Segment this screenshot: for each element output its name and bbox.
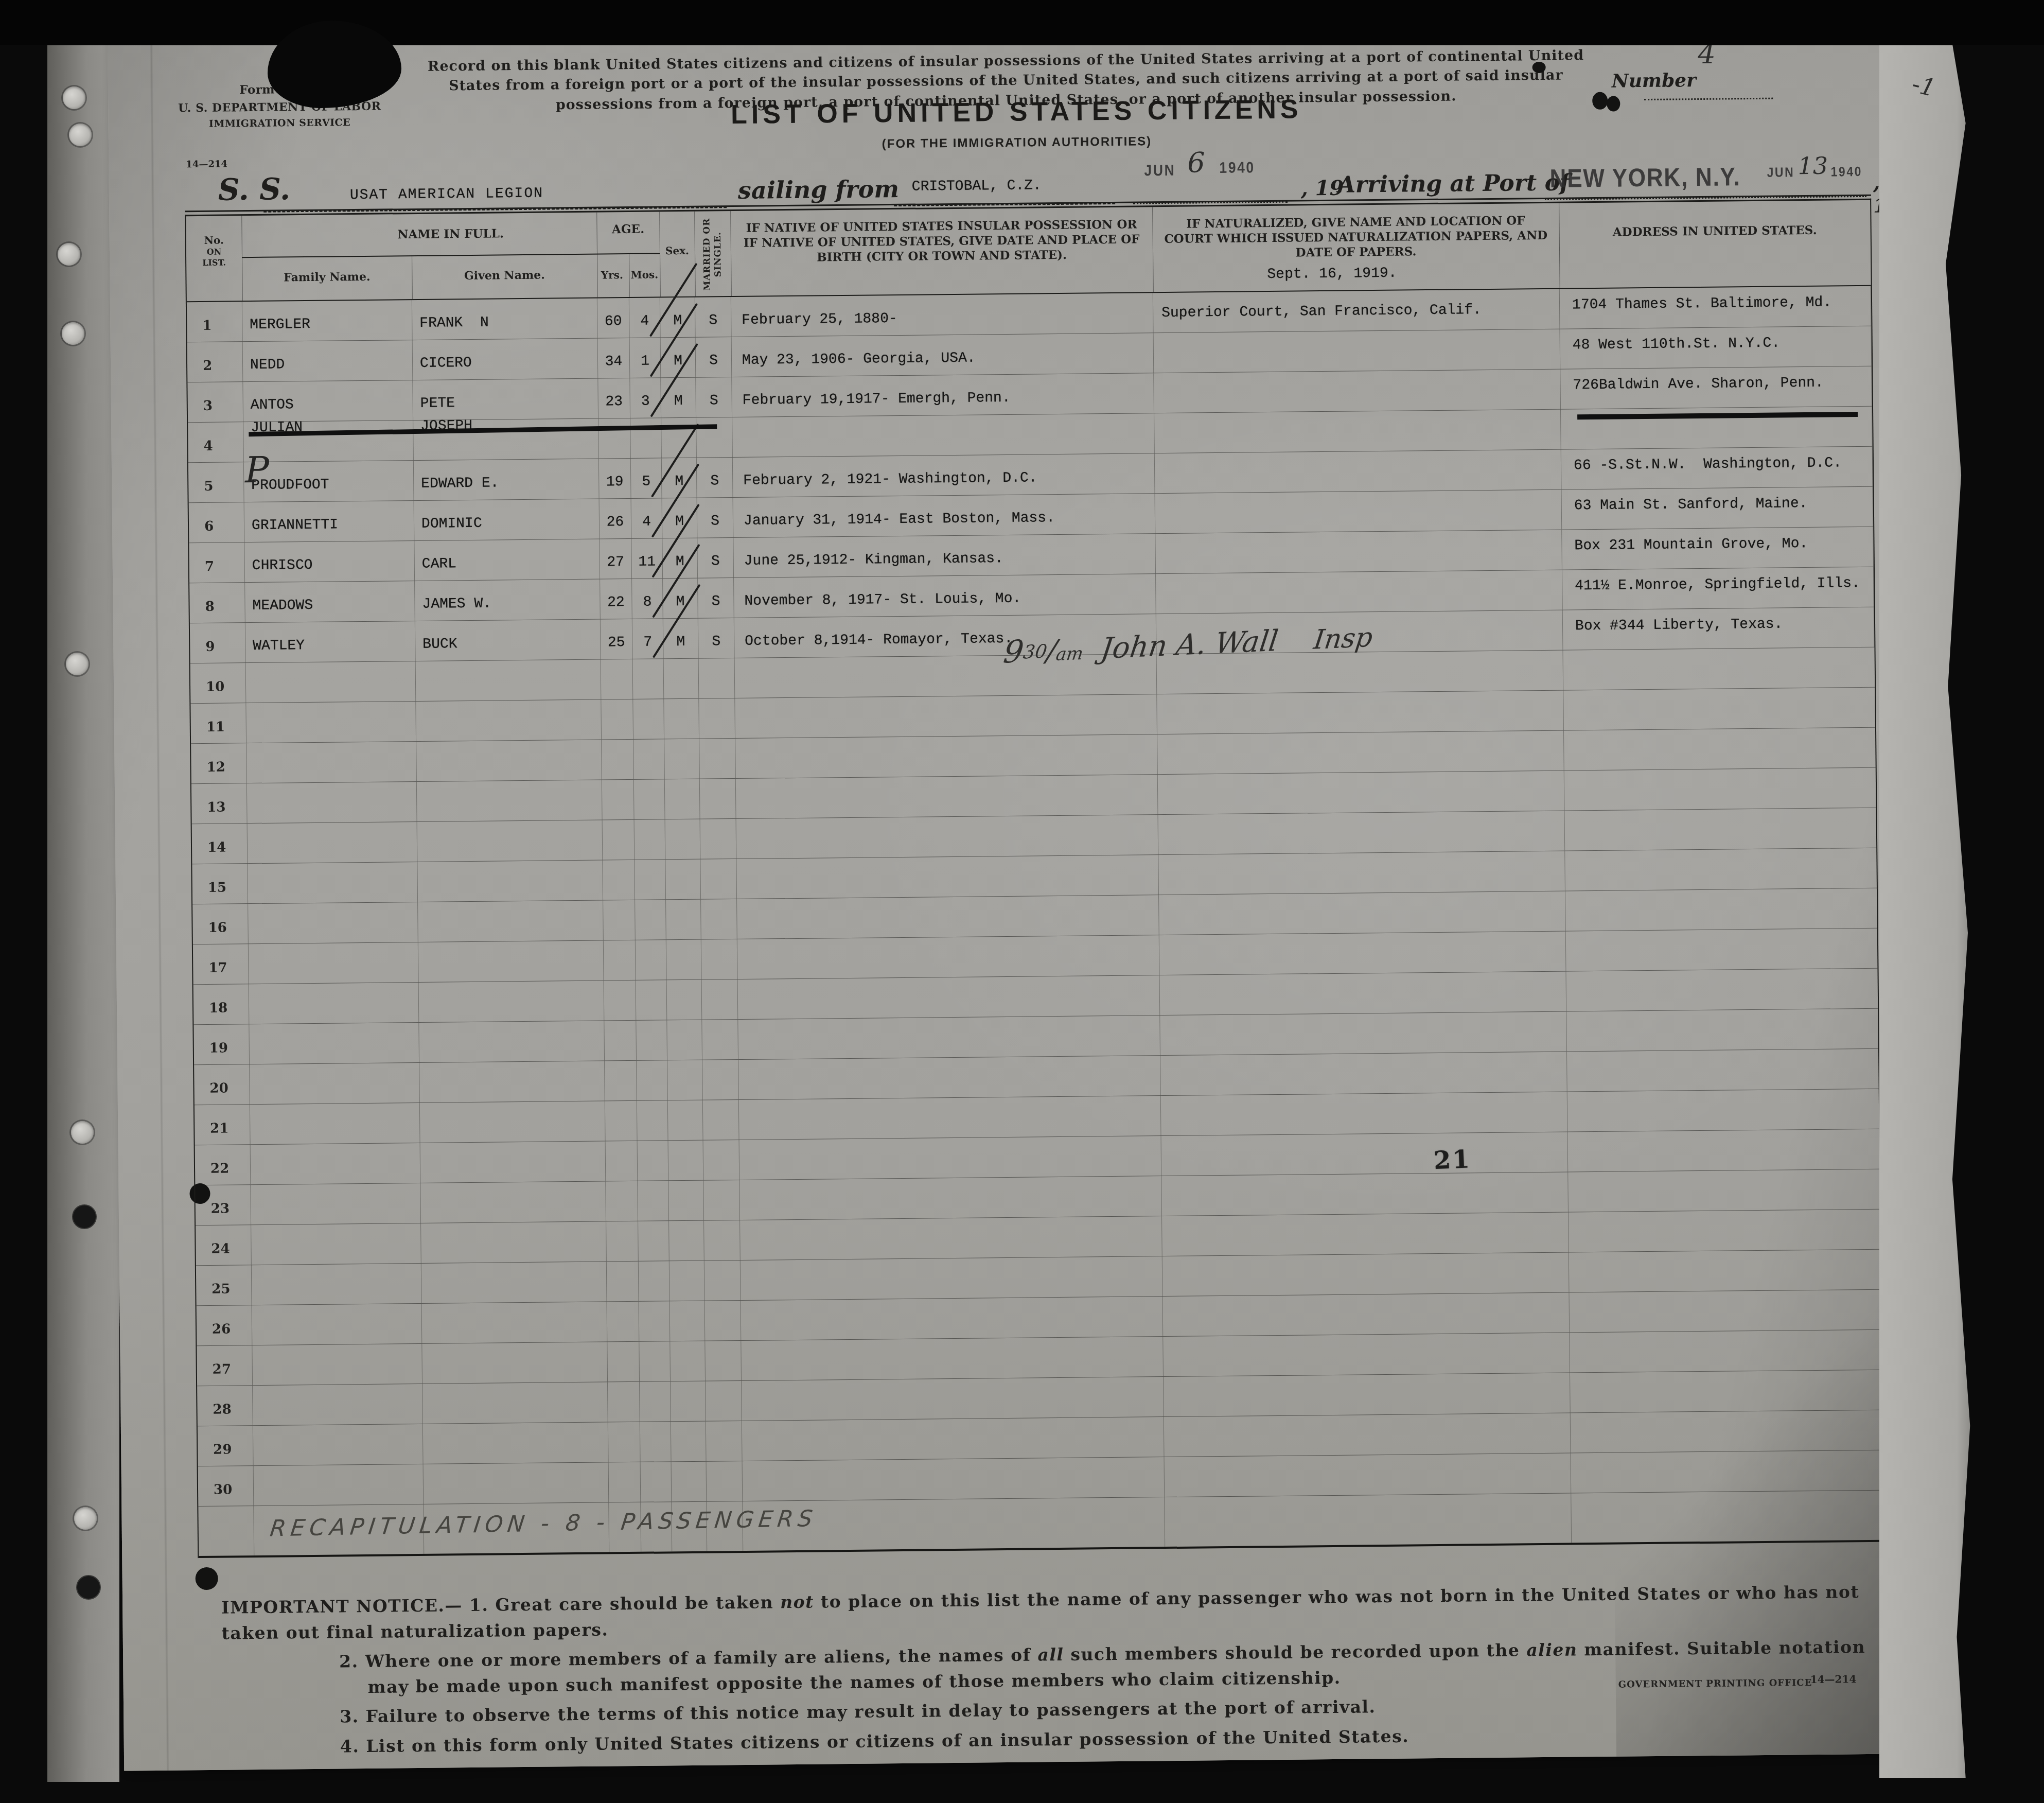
- cell-birth: [737, 895, 1159, 939]
- cell-given: [419, 1021, 605, 1062]
- table-header: No. ON LIST. NAME IN FULL. Family Name. …: [186, 200, 1871, 302]
- cell-ms: [701, 939, 738, 979]
- cell-no: 21: [195, 1105, 251, 1145]
- cell-ms: S: [696, 377, 732, 417]
- naturalization-date-note: Sept. 16, 1919.: [1267, 266, 1397, 283]
- cell-given: [417, 780, 603, 821]
- punch-hole: [66, 653, 89, 675]
- cell-yrs: 34: [598, 338, 630, 378]
- cell-address: 411½ E.Monroe, Springfield, Ills.: [1562, 567, 1874, 610]
- cell-given: [424, 1462, 609, 1503]
- cell-address: [1571, 1410, 1882, 1453]
- cell-address: [1564, 768, 1876, 811]
- cell-ms: S: [697, 458, 733, 498]
- col-header-yrs: Yrs.: [594, 269, 630, 282]
- cell-yrs: 23: [598, 378, 630, 418]
- ink-blot: [1532, 62, 1546, 73]
- cell-birth: [737, 935, 1160, 979]
- cell-yrs: [603, 900, 636, 940]
- cell-given: [420, 1141, 606, 1182]
- cell-birth: [740, 1216, 1162, 1260]
- cell-mos: 4: [629, 297, 661, 338]
- cell-birth: [742, 1377, 1164, 1421]
- notice-item-2: 2. Where one or more members of a family…: [339, 1634, 1891, 1700]
- cell-no: 10: [190, 663, 246, 703]
- cell-mos: [636, 940, 667, 980]
- cell-court: [1160, 1012, 1567, 1056]
- cell-sex: [671, 1422, 707, 1462]
- cell-ms: [699, 698, 735, 739]
- cell-court: [1157, 691, 1564, 734]
- cell-no: 26: [197, 1305, 253, 1345]
- cell-given: CICERO: [413, 339, 598, 380]
- cell-birth: [739, 1136, 1162, 1180]
- cell-address: 48 West 110th.St. N.Y.C.: [1560, 326, 1872, 369]
- number-fill-line: [1644, 98, 1773, 100]
- cell-mos: [638, 1221, 669, 1261]
- cell-yrs: [602, 740, 634, 780]
- cell-family: [250, 1063, 420, 1104]
- cell-family: [251, 1223, 421, 1265]
- cell-mos: 4: [631, 498, 663, 538]
- cell-given: JAMES W.: [415, 580, 601, 621]
- cell-birth: May 23, 1906- Georgia, USA.: [732, 333, 1154, 377]
- cell-court: [1160, 972, 1567, 1016]
- cell-ms: [702, 1020, 738, 1060]
- cell-no: 14: [192, 824, 248, 864]
- cell-given: [421, 1221, 607, 1263]
- arrival-port-stamp: NEW YORK, N.Y.: [1549, 162, 1741, 194]
- cell-family: [253, 1424, 424, 1465]
- service-name: IMMIGRATION SERVICE: [169, 115, 390, 132]
- cell-sex: [668, 1141, 704, 1181]
- cell-address: [1565, 848, 1877, 891]
- cell-address: [1569, 1210, 1880, 1252]
- cell-mos: [636, 1020, 667, 1060]
- manifest-page: Form 630 B U. S. DEPARTMENT OF LABOR IMM…: [108, 18, 1905, 1771]
- cell-yrs: 25: [601, 619, 633, 659]
- cell-sex: M: [663, 619, 699, 659]
- cell-family: [248, 822, 418, 863]
- cell-yrs: 60: [597, 298, 630, 338]
- cell-mos: 3: [630, 378, 661, 418]
- cell-mos: 1: [630, 338, 661, 378]
- col-header-age: AGE.: [596, 222, 659, 237]
- cell-sex: [666, 940, 702, 980]
- cell-sex: [670, 1341, 706, 1381]
- cell-given: EDWARD E.: [414, 459, 600, 500]
- cell-sex: [666, 900, 701, 940]
- cell-address: [1567, 1089, 1879, 1132]
- cell-mos: [641, 1462, 672, 1502]
- cell-yrs: [605, 1101, 638, 1141]
- handwritten-letter-correction: P: [245, 449, 270, 491]
- sailing-date-stamp-year: 1940: [1219, 159, 1255, 177]
- important-notice: IMPORTANT NOTICE.— 1. Great care should …: [221, 1579, 1916, 1760]
- cell-family: [246, 702, 416, 743]
- cell-address: 726Baldwin Ave. Sharon, Penn.: [1560, 366, 1872, 409]
- cell-birth: [741, 1337, 1164, 1380]
- cell-court: [1161, 1172, 1569, 1216]
- cell-court: [1165, 1454, 1572, 1497]
- cell-no: 22: [195, 1145, 251, 1185]
- cell-sex: [671, 1381, 706, 1422]
- cell-mos: [639, 1341, 671, 1381]
- cell-family: WATLEY: [245, 621, 416, 662]
- cell-ms: [707, 1461, 743, 1501]
- cell-address: [1568, 1169, 1880, 1212]
- cell-mos: [638, 1141, 669, 1181]
- ship-name: USAT AMERICAN LEGION: [350, 186, 543, 204]
- cell-given: [417, 820, 603, 862]
- cell-sex: M: [661, 378, 696, 418]
- cell-yrs: [606, 1221, 639, 1262]
- cell-court: [1155, 530, 1562, 574]
- cell-court: [1161, 1092, 1568, 1136]
- arrival-date-stamp-year: 1940: [1830, 164, 1862, 180]
- cell-yrs: [598, 418, 631, 459]
- cell-yrs: [604, 981, 637, 1021]
- cell-sex: [667, 1020, 702, 1060]
- cell-family: NEDD: [243, 340, 413, 381]
- cell-family: [248, 902, 418, 943]
- cell-no: 30: [198, 1466, 254, 1506]
- sailing-date-stamp-month: JUN: [1144, 162, 1175, 180]
- punch-hole: [58, 243, 80, 266]
- punch-hole: [63, 86, 85, 109]
- cell-family: [249, 1023, 419, 1064]
- cell-yrs: [609, 1462, 641, 1502]
- cell-address: 66 -S.St.N.W. Washington, D.C.: [1561, 447, 1873, 489]
- cell-given: [422, 1382, 608, 1423]
- cell-sex: [668, 1181, 704, 1221]
- cell-address: [1565, 888, 1877, 931]
- cell-family: [253, 1384, 423, 1425]
- cell-family: [249, 983, 419, 1024]
- cell-mos: [639, 1301, 671, 1341]
- cell-sex: [664, 659, 699, 699]
- cell-yrs: 27: [600, 539, 632, 579]
- cell-mos: [636, 980, 667, 1020]
- cell-no: 8: [189, 583, 245, 623]
- cell-family: [254, 1464, 424, 1506]
- cell-given: [419, 1061, 605, 1102]
- cell-yrs: [608, 1422, 641, 1462]
- footer-form-code: 14—214: [1810, 1673, 1857, 1686]
- page-number-stamp: 21: [1433, 1145, 1472, 1175]
- cell-court: [1158, 811, 1565, 855]
- cell-birth: [738, 1056, 1161, 1099]
- cell-yrs: [607, 1302, 640, 1342]
- cell-address: [1569, 1290, 1881, 1333]
- cell-address: [1566, 1009, 1878, 1052]
- cell-given: [416, 700, 602, 741]
- cell-yrs: 26: [600, 499, 632, 539]
- cell-birth: [739, 1096, 1161, 1140]
- cell-ms: [705, 1301, 742, 1341]
- cell-ms: [704, 1261, 741, 1301]
- cell-no: 5: [188, 462, 244, 502]
- cell-mos: [633, 699, 664, 739]
- cell-family: PROUDFOOTP: [244, 461, 414, 502]
- cell-yrs: [607, 1342, 640, 1382]
- cell-no: 6: [189, 502, 245, 542]
- cell-mos: 5: [631, 458, 662, 498]
- cell-court: Superior Court, San Francisco, Calif.: [1153, 289, 1560, 333]
- cell-sex: [672, 1462, 707, 1502]
- cell-given: [418, 941, 604, 982]
- cell-no: 28: [197, 1386, 253, 1426]
- paper-fold: [150, 35, 169, 1771]
- cell-court: [1158, 851, 1565, 895]
- cell-mos: [635, 860, 666, 900]
- cell-given: [420, 1181, 606, 1222]
- cell-family: [251, 1183, 421, 1224]
- cell-mos: [634, 779, 665, 819]
- cell-ms: [704, 1220, 741, 1261]
- cell-address: [1571, 1450, 1882, 1493]
- cell-no: 4: [188, 422, 244, 462]
- cell-ms: S: [695, 297, 732, 337]
- cell-given: [418, 901, 604, 942]
- cell-mos: [635, 819, 666, 860]
- arrival-date-stamp-month: JUN: [1767, 164, 1794, 181]
- ink-blot: [1592, 92, 1608, 110]
- cell-sex: [665, 819, 701, 860]
- cell-given: JOSEPH: [413, 419, 599, 460]
- cell-mos: [633, 739, 665, 779]
- cell-birth: [738, 975, 1160, 1019]
- notice-item-1: Great care should be taken not to place …: [222, 1582, 1860, 1643]
- cell-court: [1163, 1333, 1570, 1377]
- cell-no: 11: [190, 703, 246, 743]
- cell-address: [1563, 647, 1875, 690]
- cell-no: 16: [192, 904, 249, 944]
- cell-mos: 8: [632, 579, 663, 619]
- cell-given: [422, 1342, 608, 1383]
- cell-family: CHRISCO: [244, 541, 415, 582]
- cell-sex: [669, 1261, 705, 1301]
- inspector-title: Insp: [1312, 622, 1375, 655]
- cell-ms: S: [698, 618, 735, 658]
- arrival-day-handwritten: 13: [1798, 152, 1828, 180]
- cell-ms: S: [698, 578, 734, 618]
- page-subtitle: (FOR THE IMMIGRATION AUTHORITIES): [837, 134, 1197, 152]
- cell-address: [1566, 969, 1878, 1011]
- cell-court: [1161, 1132, 1569, 1176]
- cell-mos: [637, 1100, 668, 1141]
- cell-sex: [670, 1301, 706, 1341]
- cell-ms: [703, 1140, 740, 1180]
- cell-given: [419, 981, 605, 1022]
- cell-given: [421, 1262, 607, 1303]
- column-line: [1152, 207, 1154, 292]
- cell-ms: [699, 739, 736, 779]
- col-header-no: No. ON LIST.: [186, 233, 242, 269]
- cell-family: [252, 1264, 422, 1305]
- cell-sex: [667, 1060, 703, 1100]
- cell-no: 20: [194, 1064, 250, 1105]
- cell-mos: 11: [631, 538, 663, 579]
- cell-no: 29: [198, 1426, 254, 1466]
- cell-family: MERGLER: [242, 300, 413, 341]
- cell-birth: February 2, 1921- Washington, D.C.: [733, 453, 1155, 497]
- cell-no: 9: [190, 623, 246, 663]
- cell-court: [1154, 370, 1561, 413]
- cell-birth: [736, 775, 1158, 818]
- cell-court: [1155, 490, 1562, 534]
- table-body: 1MERGLERFRANK N604MSFebruary 25, 1880-Su…: [187, 286, 1882, 1507]
- cell-birth: June 25,1912- Kingman, Kansas.: [733, 534, 1156, 577]
- punch-hole: [73, 1205, 96, 1228]
- cell-family: [248, 862, 418, 903]
- cell-mos: 7: [632, 619, 664, 659]
- notice-label: IMPORTANT NOTICE.—: [221, 1595, 463, 1617]
- cell-family: ANTOS: [243, 380, 413, 422]
- cell-court: [1156, 570, 1563, 614]
- cell-court: [1154, 329, 1561, 373]
- cell-given: [416, 740, 602, 781]
- cell-birth: [742, 1417, 1165, 1461]
- cell-sex: [665, 860, 701, 900]
- col-header-married-single: MARRIED OR SINGLE.: [701, 214, 724, 294]
- cell-ms: [700, 779, 736, 819]
- cell-no: 2: [187, 342, 243, 382]
- page-title: LIST OF UNITED STATES CITIZENS: [728, 94, 1305, 130]
- cell-mos: [640, 1422, 672, 1462]
- cell-ms: S: [696, 337, 732, 377]
- cell-yrs: [607, 1262, 639, 1302]
- cell-birth: [735, 734, 1158, 778]
- number-label: Number: [1612, 69, 1697, 92]
- cell-yrs: [604, 940, 636, 981]
- cell-no: 3: [187, 382, 243, 422]
- cell-ms: [700, 819, 737, 859]
- cell-birth: [739, 1176, 1162, 1220]
- sailing-from-label: sailing from: [738, 175, 900, 204]
- punch-hole: [69, 124, 92, 146]
- cell-birth: [741, 1297, 1164, 1340]
- cell-yrs: 19: [599, 459, 631, 499]
- cell-birth: [736, 855, 1159, 899]
- cell-birth: [732, 413, 1155, 457]
- cell-no: 15: [192, 864, 248, 904]
- cell-ms: S: [697, 498, 734, 538]
- cell-address: [1564, 728, 1876, 771]
- scanned-manifest-page: Form 630 B U. S. DEPARTMENT OF LABOR IMM…: [0, 0, 2044, 1803]
- cell-ms: [702, 1060, 739, 1100]
- cell-given: DOMINIC: [414, 499, 600, 540]
- cell-yrs: [606, 1181, 638, 1221]
- cell-court: [1154, 410, 1561, 453]
- cell-address: [1570, 1330, 1881, 1373]
- cell-court: [1162, 1253, 1570, 1297]
- cell-family: [252, 1304, 422, 1345]
- cell-given: [420, 1101, 606, 1142]
- cell-ms: [706, 1421, 743, 1461]
- cell-ms: [696, 417, 733, 458]
- cell-birth: [735, 694, 1157, 738]
- cell-address: Box 231 Mountain Grove, Mo.: [1562, 527, 1874, 570]
- cell-address: Box #344 Liberty, Texas.: [1563, 607, 1875, 650]
- cell-ms: [700, 859, 737, 899]
- col-header-birth: IF NATIVE OF UNITED STATES INSULAR POSSE…: [741, 217, 1142, 266]
- col-header-family: Family Name.: [242, 270, 412, 286]
- cell-family: [250, 1103, 420, 1144]
- punch-hole: [71, 1121, 94, 1144]
- cell-sex: [667, 980, 702, 1020]
- cell-no: 24: [196, 1225, 252, 1265]
- cell-mos: [635, 900, 666, 940]
- cell-family: MEADOWS: [245, 581, 415, 622]
- arriving-label: Arriving at Port of: [1338, 169, 1570, 198]
- cell-address: 1704 Thames St. Baltimore, Md.: [1560, 286, 1872, 329]
- cell-court: [1158, 771, 1565, 815]
- punch-hole: [62, 322, 84, 345]
- cell-address: [1570, 1370, 1882, 1413]
- ss-label: S. S.: [218, 171, 290, 207]
- cell-court: [1155, 450, 1562, 494]
- cell-given: [417, 861, 603, 902]
- cell-yrs: [605, 1061, 637, 1101]
- passenger-table: No. ON LIST. NAME IN FULL. Family Name. …: [185, 199, 1884, 1558]
- cell-address: [1563, 688, 1875, 730]
- column-line: [1559, 203, 1560, 288]
- cell-mos: [630, 418, 662, 458]
- cell-address: [1566, 929, 1878, 971]
- cell-no: 17: [193, 944, 249, 984]
- cell-ms: [702, 979, 738, 1020]
- cell-no: 13: [191, 783, 248, 824]
- cell-court: [1162, 1213, 1569, 1256]
- cell-court: [1160, 1052, 1567, 1096]
- cell-mos: [633, 659, 664, 699]
- ink-blot: [195, 1567, 218, 1590]
- cell-ms: [703, 1180, 740, 1220]
- cell-birth: [741, 1256, 1163, 1300]
- cell-family: [247, 782, 417, 823]
- cell-court: [1159, 891, 1566, 935]
- cell-mos: [639, 1261, 670, 1301]
- sailing-port: CRISTOBAL, C.Z.: [912, 178, 1042, 195]
- cell-given: BUCK: [415, 620, 601, 661]
- col-header-sex: Sex.: [657, 244, 698, 258]
- cell-birth: February 25, 1880-: [731, 293, 1154, 337]
- cell-mos: [637, 1060, 668, 1100]
- cell-court: [1157, 731, 1564, 775]
- cell-ms: [699, 658, 735, 698]
- gpo-imprint: GOVERNMENT PRINTING OFFICE: [1618, 1677, 1812, 1690]
- punch-hole: [77, 1576, 100, 1599]
- cell-given: CARL: [414, 539, 600, 581]
- cell-court: [1159, 932, 1566, 975]
- column-line: [730, 211, 732, 296]
- cell-birth: [743, 1457, 1165, 1501]
- cell-sex: [664, 739, 700, 779]
- cell-ms: [701, 899, 737, 939]
- cell-no: 19: [193, 1024, 250, 1064]
- cell-birth: January 31, 1914- East Boston, Mass.: [733, 494, 1156, 537]
- cell-address: [1567, 1129, 1879, 1172]
- cell-no: 27: [197, 1345, 253, 1386]
- cell-given: [422, 1302, 608, 1343]
- cell-court: [1164, 1413, 1571, 1457]
- cell-given: [416, 660, 602, 701]
- col-header-naturalization: IF NATURALIZED, GIVE NAME AND LOCATION O…: [1162, 214, 1549, 261]
- cell-yrs: [602, 780, 635, 820]
- cell-given: PETE: [413, 379, 598, 420]
- cell-birth: February 19,1917- Emergh, Penn.: [732, 373, 1154, 417]
